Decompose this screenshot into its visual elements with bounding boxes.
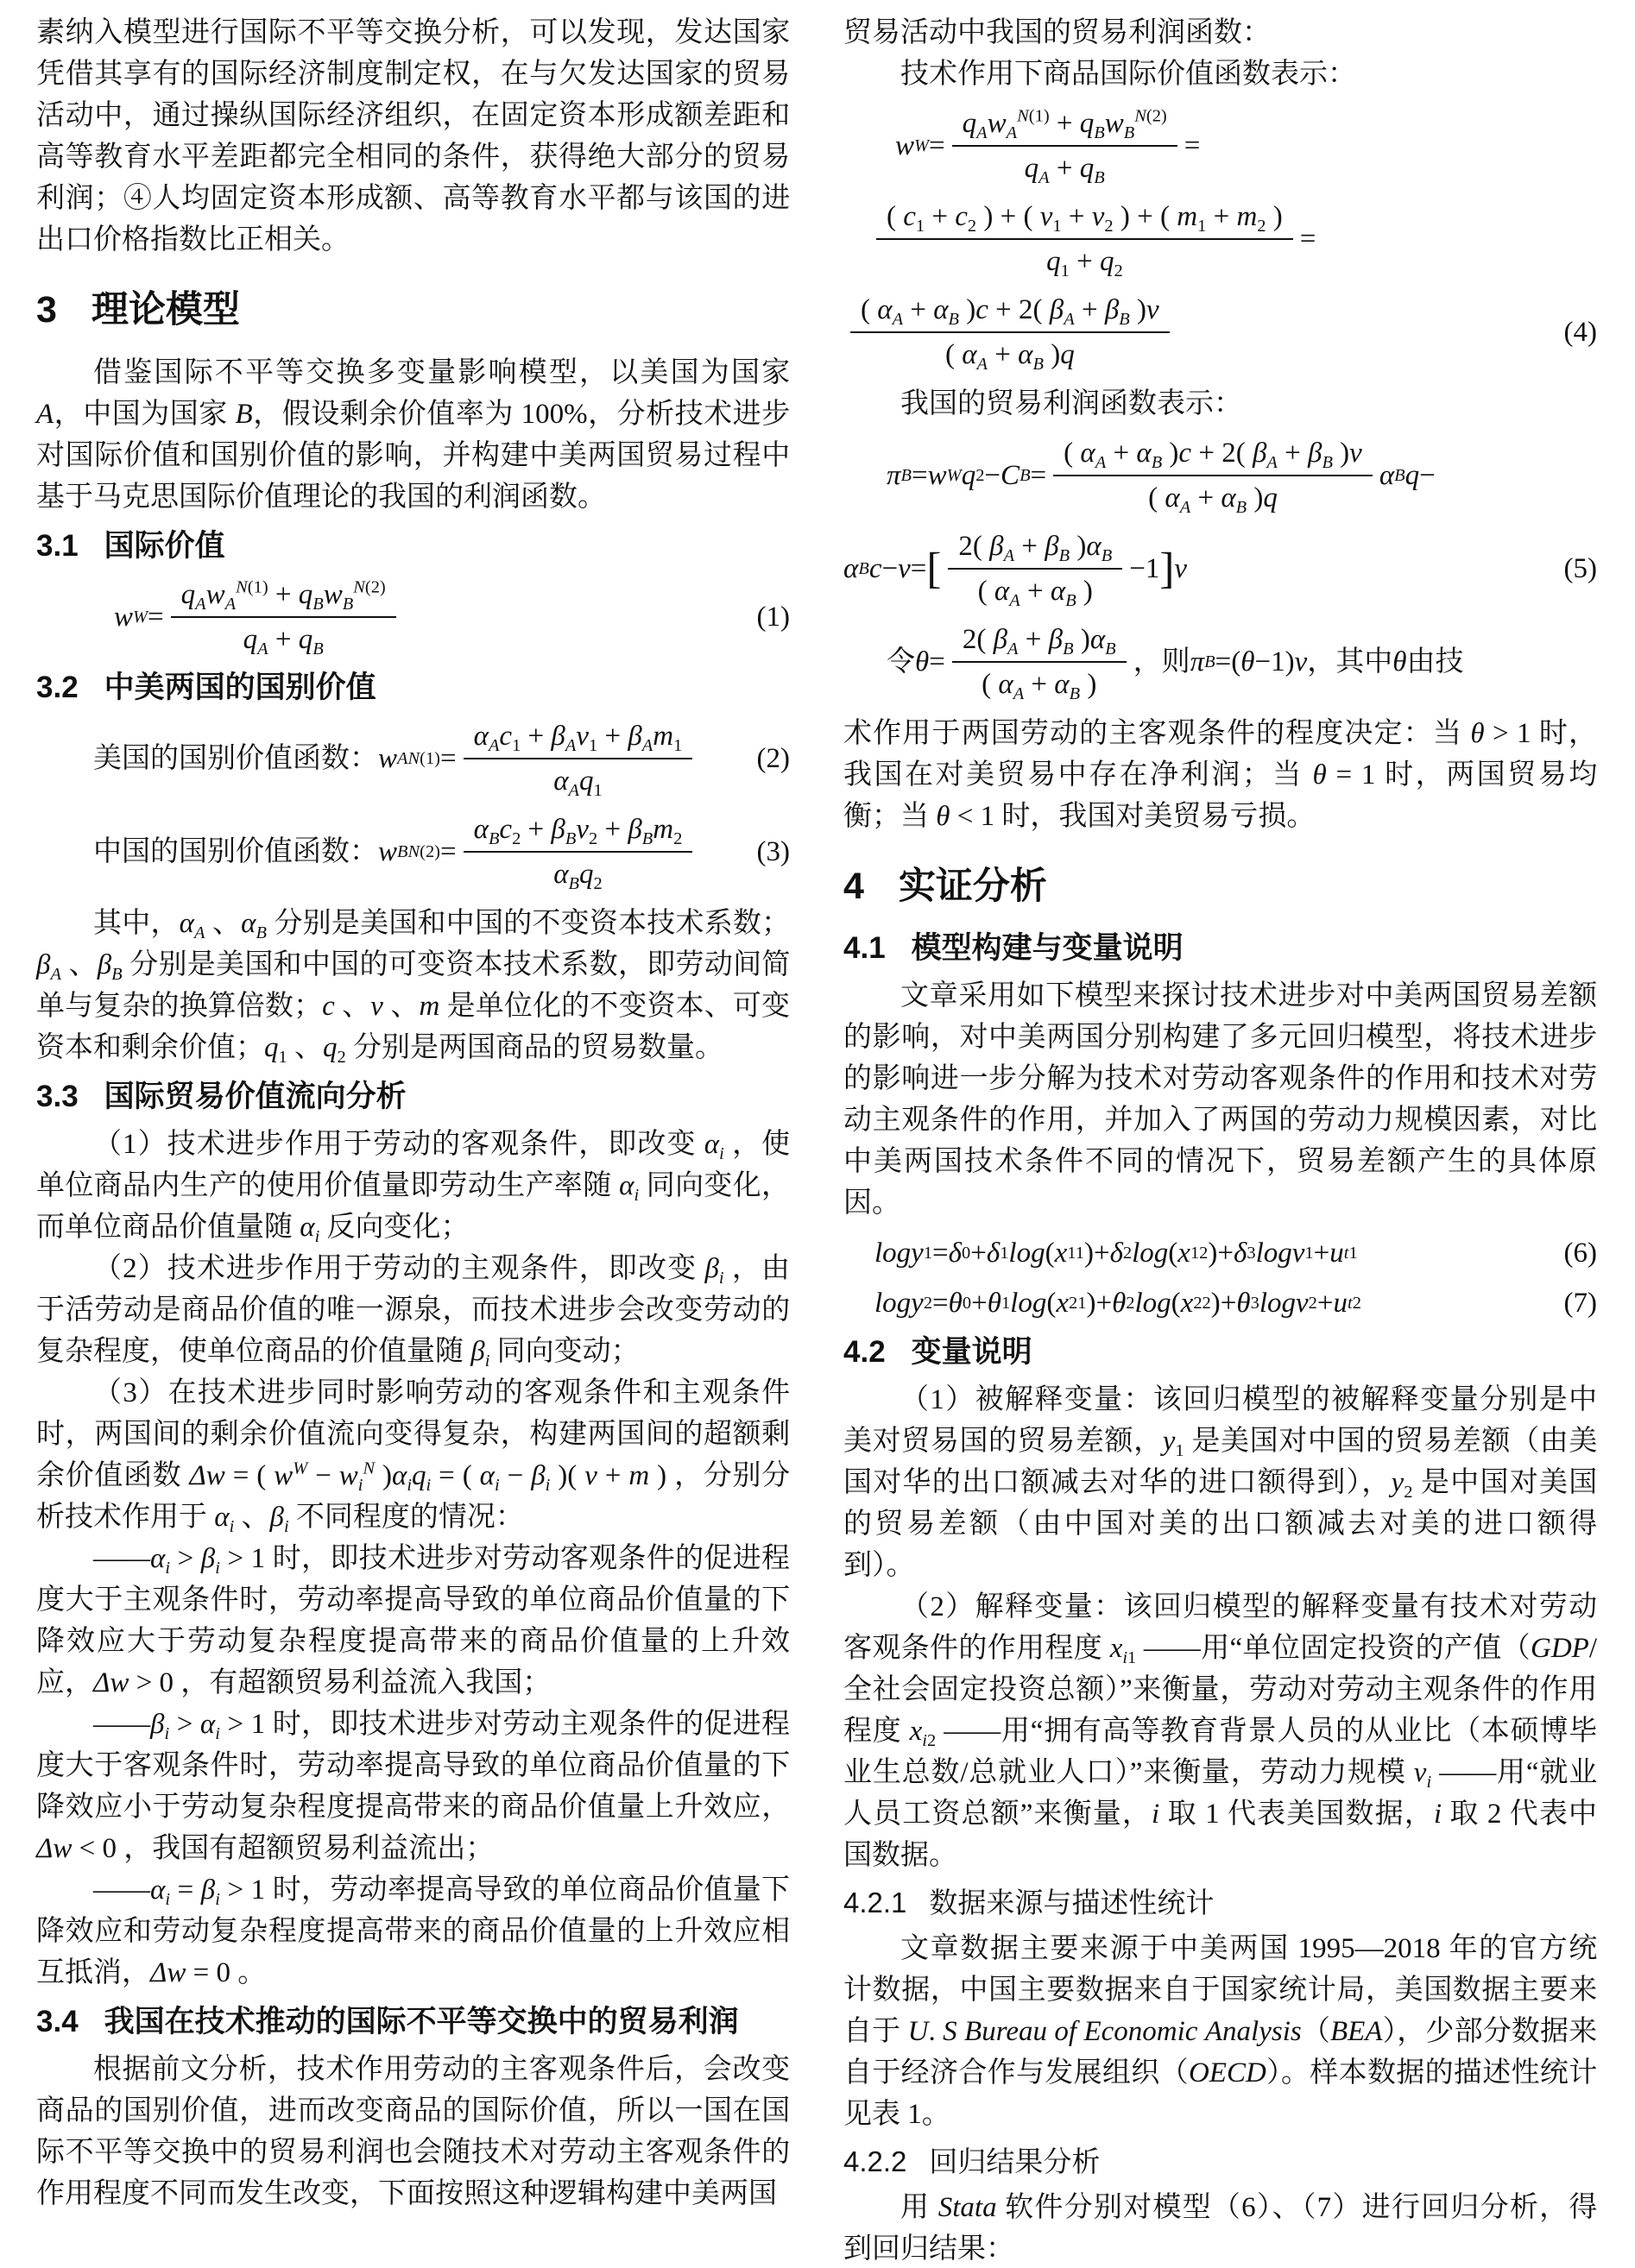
two-column-layout: 素纳入模型进行国际不平等交换分析，可以发现，发达国家凭借其享有的国际经济制度制定… bbox=[36, 12, 1599, 2268]
equation-number: (1) bbox=[724, 596, 790, 638]
paragraph: 借鉴国际不平等交换多变量影响模型，以美国为国家 A，中国为国家 B，假设剩余价值… bbox=[36, 352, 790, 518]
section-title: 模型构建与变量说明 bbox=[912, 931, 1184, 965]
fraction: ( αA + αB )c + 2( βA + βB )v( αA + αB )q bbox=[850, 290, 1170, 375]
section-number: 3 bbox=[36, 289, 57, 331]
section-heading: 4.2变量说明 bbox=[843, 1332, 1597, 1372]
equation-number: (3) bbox=[724, 831, 790, 873]
equation: 美国的国别价值函数：wAN(1) = αAc1 + βAv1 + βAm1αAq… bbox=[36, 716, 790, 801]
paragraph: 其中，αA 、αB 分别是美国和中国的不变资本技术系数；βA 、βB 分别是美国… bbox=[36, 903, 790, 1068]
equation-body: αBc − v = [2( βA + βB )αB( αA + αB ) − 1… bbox=[843, 526, 1531, 611]
fraction: qAwAN(1) + qBwBN(2)qA + qB bbox=[952, 104, 1177, 188]
equation-number: (5) bbox=[1531, 548, 1597, 589]
equation-number: (2) bbox=[724, 738, 790, 779]
equation: logy1 = δ0 + δ1log( x11 ) + δ2log( x12 )… bbox=[843, 1232, 1597, 1274]
fraction: αBc2 + βBv2 + βBm2αBq2 bbox=[464, 810, 693, 894]
section-heading: 3理论模型 bbox=[36, 287, 790, 333]
equation-label: 中国的国别价值函数： bbox=[93, 831, 378, 873]
section-heading: 4.2.2回归结果分析 bbox=[843, 2142, 1597, 2182]
fraction: ( c1 + c2 ) + ( v1 + v2 ) + ( m1 + m2 )q… bbox=[876, 197, 1293, 281]
section-number: 4.2 bbox=[843, 1335, 886, 1369]
section-number: 3.2 bbox=[36, 671, 79, 704]
equation-number: (4) bbox=[1531, 312, 1597, 353]
section-title: 中美两国的国别价值 bbox=[104, 671, 376, 704]
section-heading: 3.3国际贸易价值流向分析 bbox=[36, 1077, 790, 1117]
paragraph: 我国的贸易利润函数表示： bbox=[843, 383, 1597, 425]
equation-number: (7) bbox=[1531, 1282, 1597, 1324]
left-column: 素纳入模型进行国际不平等交换分析，可以发现，发达国家凭借其享有的国际经济制度制定… bbox=[36, 12, 790, 2268]
section-number: 3.3 bbox=[36, 1080, 79, 1113]
paragraph: 文章数据主要来源于中美两国 1995—2018 年的官方统计数据，中国主要数据来… bbox=[843, 1928, 1597, 2135]
paragraph: （3）在技术进步同时影响劳动的客观条件和主观条件时，两国间的剩余价值流向变得复杂… bbox=[36, 1372, 790, 1538]
section-heading: 4.1模型构建与变量说明 bbox=[843, 929, 1597, 968]
equation: 中国的国别价值函数：wBN(2) = αBc2 + βBv2 + βBm2αBq… bbox=[36, 810, 790, 894]
equation: πB = wWq2 − CB = ( αA + αB )c + 2( βA + … bbox=[843, 433, 1597, 518]
fraction: qAwAN(1) + qBwBN(2)qA + qB bbox=[171, 575, 396, 659]
section-number: 3.1 bbox=[36, 529, 79, 563]
paragraph: （1）被解释变量：该回归模型的被解释变量分别是中美对贸易国的贸易差额，y1 是美… bbox=[843, 1379, 1597, 1586]
equation-label: 美国的国别价值函数： bbox=[93, 738, 378, 779]
paragraph: 贸易活动中我国的贸易利润函数： bbox=[843, 12, 1597, 54]
page-canvas: 素纳入模型进行国际不平等交换分析，可以发现，发达国家凭借其享有的国际经济制度制定… bbox=[0, 0, 1635, 2268]
section-title: 理论模型 bbox=[92, 289, 240, 331]
section-title: 实证分析 bbox=[899, 866, 1047, 907]
equation: ( c1 + c2 ) + ( v1 + v2 ) + ( m1 + m2 )q… bbox=[843, 197, 1597, 281]
equation: ( αA + αB )c + 2( βA + βB )v( αA + αB )q… bbox=[843, 290, 1597, 375]
equation: 令 θ = 2( βA + βB )αB( αA + αB ) ，则 πB = … bbox=[843, 620, 1597, 704]
paragraph: ——βi > αi > 1 时，即技术进步对劳动主观条件的促进程度大于客观条件时… bbox=[36, 1704, 790, 1869]
equation-body: ( αA + αB )c + 2( βA + βB )v( αA + αB )q bbox=[843, 290, 1531, 375]
section-number: 3.4 bbox=[36, 2005, 79, 2038]
paragraph: （2）解释变量：该回归模型的解释变量有技术对劳动客观条件的作用程度 xi1 ——… bbox=[843, 1586, 1597, 1876]
paragraph: 术作用于两国劳动的主客观条件的程度决定：当 θ > 1 时，我国在对美贸易中存在… bbox=[843, 713, 1597, 837]
paragraph: ——αi = βi > 1 时，劳动率提高导致的单位商品价值量下降效应和劳动复杂… bbox=[36, 1869, 790, 1994]
right-column: 贸易活动中我国的贸易利润函数：技术作用下商品国际价值函数表示：wW = qAwA… bbox=[843, 12, 1597, 2268]
section-heading: 4.2.1数据来源与描述性统计 bbox=[843, 1883, 1597, 1923]
section-title: 国际贸易价值流向分析 bbox=[104, 1080, 407, 1113]
paragraph: 技术作用下商品国际价值函数表示： bbox=[843, 54, 1597, 95]
section-heading: 3.1国际价值 bbox=[36, 526, 790, 566]
paragraph: 素纳入模型进行国际不平等交换分析，可以发现，发达国家凭借其享有的国际经济制度制定… bbox=[36, 12, 790, 261]
equation: wW = qAwAN(1) + qBwBN(2)qA + qB = bbox=[843, 104, 1597, 188]
fraction: 2( βA + βB )αB( αA + αB ) bbox=[952, 620, 1127, 704]
section-title: 变量说明 bbox=[912, 1335, 1032, 1369]
section-title: 回归结果分析 bbox=[929, 2145, 1100, 2177]
fraction: αAc1 + βAv1 + βAm1αAq1 bbox=[464, 716, 693, 801]
equation-body: ( c1 + c2 ) + ( v1 + v2 ) + ( m1 + m2 )q… bbox=[869, 197, 1531, 281]
equation: αBc − v = [2( βA + βB )αB( αA + αB ) − 1… bbox=[843, 526, 1597, 611]
fraction: ( αA + αB )c + 2( βA + βB )v( αA + αB )q bbox=[1053, 433, 1373, 518]
section-title: 数据来源与描述性统计 bbox=[929, 1887, 1214, 1918]
equation-body: logy2 = θ0 + θ1log( x21 ) + θ2log( x22 )… bbox=[874, 1282, 1531, 1324]
section-title: 国际价值 bbox=[104, 529, 225, 563]
equation-body: 美国的国别价值函数：wAN(1) = αAc1 + βAv1 + βAm1αAq… bbox=[36, 716, 724, 801]
fraction: 2( βA + βB )αB( αA + αB ) bbox=[948, 526, 1122, 611]
paragraph: （1）技术进步作用于劳动的客观条件，即改变 αi ，使单位商品内生产的使用价值量… bbox=[36, 1124, 790, 1248]
paragraph: 文章采用如下模型来探讨技术进步对中美两国贸易差额的影响，对中美两国分别构建了多元… bbox=[843, 975, 1597, 1224]
equation-body: 令 θ = 2( βA + βB )αB( αA + αB ) ，则 πB = … bbox=[887, 620, 1531, 704]
section-number: 4 bbox=[843, 866, 864, 907]
equation-number: (6) bbox=[1531, 1232, 1597, 1274]
section-title: 我国在技术推动的国际不平等交换中的贸易利润 bbox=[104, 2005, 739, 2038]
paragraph: （2）技术进步作用于劳动的主观条件，即改变 βi ，由于活劳动是商品价值的唯一源… bbox=[36, 1248, 790, 1372]
equation: wW = qAwAN(1) + qBwBN(2)qA + qB(1) bbox=[36, 575, 790, 659]
equation-body: wW = qAwAN(1) + qBwBN(2)qA + qB bbox=[114, 575, 724, 659]
section-heading: 4实证分析 bbox=[843, 863, 1597, 910]
section-heading: 3.2中美两国的国别价值 bbox=[36, 668, 790, 708]
section-number: 4.1 bbox=[843, 931, 886, 965]
section-heading: 3.4我国在技术推动的国际不平等交换中的贸易利润 bbox=[36, 2002, 790, 2042]
section-number: 4.2.1 bbox=[843, 1887, 906, 1918]
section-number: 4.2.2 bbox=[843, 2145, 906, 2177]
equation-body: logy1 = δ0 + δ1log( x11 ) + δ2log( x12 )… bbox=[874, 1232, 1531, 1274]
paragraph: 根据前文分析，技术作用劳动的主客观条件后，会改变商品的国别价值，进而改变商品的国… bbox=[36, 2049, 790, 2214]
equation-body: πB = wWq2 − CB = ( αA + αB )c + 2( βA + … bbox=[887, 433, 1531, 518]
paragraph: ——αi > βi > 1 时，即技术进步对劳动客观条件的促进程度大于主观条件时… bbox=[36, 1538, 790, 1704]
equation-body: wW = qAwAN(1) + qBwBN(2)qA + qB = bbox=[895, 104, 1531, 188]
equation-body: 中国的国别价值函数：wBN(2) = αBc2 + βBv2 + βBm2αBq… bbox=[36, 810, 724, 894]
paragraph: 用 Stata 软件分别对模型（6）、（7）进行回归分析，得到回归结果： bbox=[843, 2187, 1597, 2268]
equation: logy2 = θ0 + θ1log( x21 ) + θ2log( x22 )… bbox=[843, 1282, 1597, 1324]
